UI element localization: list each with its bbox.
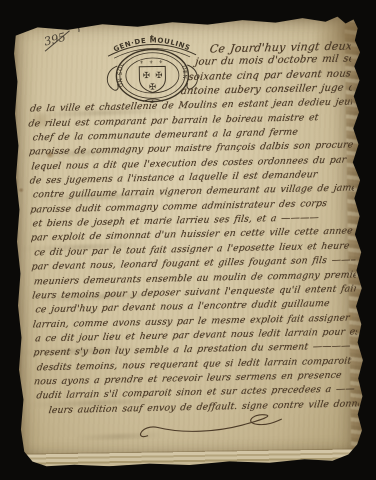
ink-stain (18, 188, 24, 193)
crest-cross-icon: ✚ (150, 35, 154, 41)
paraph-mark (68, 23, 79, 32)
manuscript-line-text: Ce Jourd'huy vingt deuxieme (209, 39, 351, 55)
manuscript-line-text: antoine aubery conseiller juge ordinaire (180, 82, 352, 97)
manuscript-line-text: jour du mois d'octobre mil sept cent (194, 54, 351, 68)
signature-flourish (136, 409, 286, 441)
paper-left-edge (7, 20, 23, 469)
manuscript-line-text: soixante cinq par devant nous guillaume (188, 68, 352, 83)
signature-flourish-graphic (136, 409, 286, 441)
document-page: 395 GEN·DE MOULINS ✚ UN SOL DEN. (7, 14, 367, 468)
manuscript-text: Ce Jourd'huy vingt deuxieme jour du mois… (27, 39, 359, 419)
scan-background: { "colors": { "background": "#0b0a08", "… (0, 0, 376, 480)
paraph-stroke (140, 414, 282, 436)
paper-stack-edge (20, 448, 359, 468)
